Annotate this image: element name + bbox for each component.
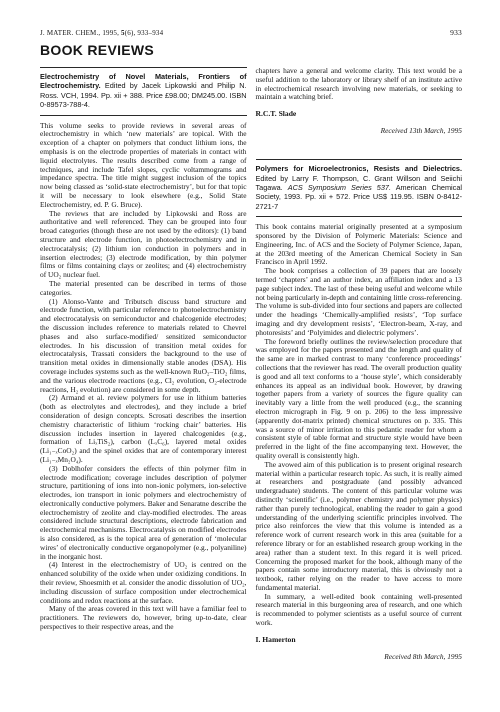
paragraph: The book comprises a collection of 39 pa… [256, 267, 463, 337]
review2-book-title: Polymers for Microelectronics, Resists a… [256, 164, 463, 173]
reviewer-signature: R.C.T. Slade [256, 109, 463, 118]
paragraph: (4) Interest in the electrochemistry of … [40, 561, 247, 605]
reviewer-signature: I. Hamerton [256, 635, 463, 644]
journal-page: J. MATER. CHEM., 1995, 5(6), 933–934 933… [0, 0, 500, 712]
review1-book-heading: Electrochemistry of Novel Materials, Fro… [40, 68, 247, 115]
review2-body: This book contains material originally p… [256, 223, 463, 628]
page-number: 933 [450, 28, 462, 37]
paragraph: Many of the areas covered in this text w… [40, 605, 247, 631]
paragraph: The material presented can be described … [40, 280, 247, 298]
divider [256, 216, 463, 217]
paragraph: (1) Alonso-Vante and Tributsch discuss b… [40, 298, 247, 395]
paragraph: The reviews that are included by Lipkows… [40, 210, 247, 280]
journal-ref-suffix: (6), 933–934 [125, 29, 164, 37]
paragraph: This volume seeks to provide reviews in … [40, 122, 247, 210]
review1-body: This volume seeks to provide reviews in … [40, 122, 247, 632]
journal-reference: J. MATER. CHEM., 1995, 5(6), 933–934 [40, 29, 163, 37]
paragraph: This book contains material originally p… [256, 223, 463, 267]
two-column-layout: Electrochemistry of Novel Materials, Fro… [40, 67, 462, 661]
paragraph: (2) Armand et al. review polymers for us… [40, 394, 247, 464]
paragraph: chapters have a general and welcome clar… [256, 67, 463, 102]
left-column: Electrochemistry of Novel Materials, Fro… [40, 67, 247, 661]
paragraph: (3) Doblhofer considers the effects of t… [40, 465, 247, 562]
running-head: J. MATER. CHEM., 1995, 5(6), 933–934 933 [40, 28, 462, 37]
paragraph: The foreword briefly outlines the review… [256, 338, 463, 461]
received-date: Received 8th March, 1995 [256, 652, 463, 661]
review1-continuation: chapters have a general and welcome clar… [256, 67, 463, 135]
received-date: Received 13th March, 1995 [256, 126, 463, 135]
journal-ref-prefix: J. MATER. CHEM., 1995, [40, 29, 121, 37]
review2-series-title: ACS Symposium Series 537. [288, 183, 391, 192]
review2-block: Polymers for Microelectronics, Resists a… [256, 159, 463, 661]
divider [40, 115, 247, 116]
review2-book-heading: Polymers for Microelectronics, Resists a… [256, 160, 463, 216]
paragraph: In summary, a well-edited book containin… [256, 593, 463, 628]
page-title: BOOK REVIEWS [40, 42, 462, 58]
paragraph: The avowed aim of this publication is to… [256, 461, 463, 593]
right-column: chapters have a general and welcome clar… [256, 67, 463, 661]
